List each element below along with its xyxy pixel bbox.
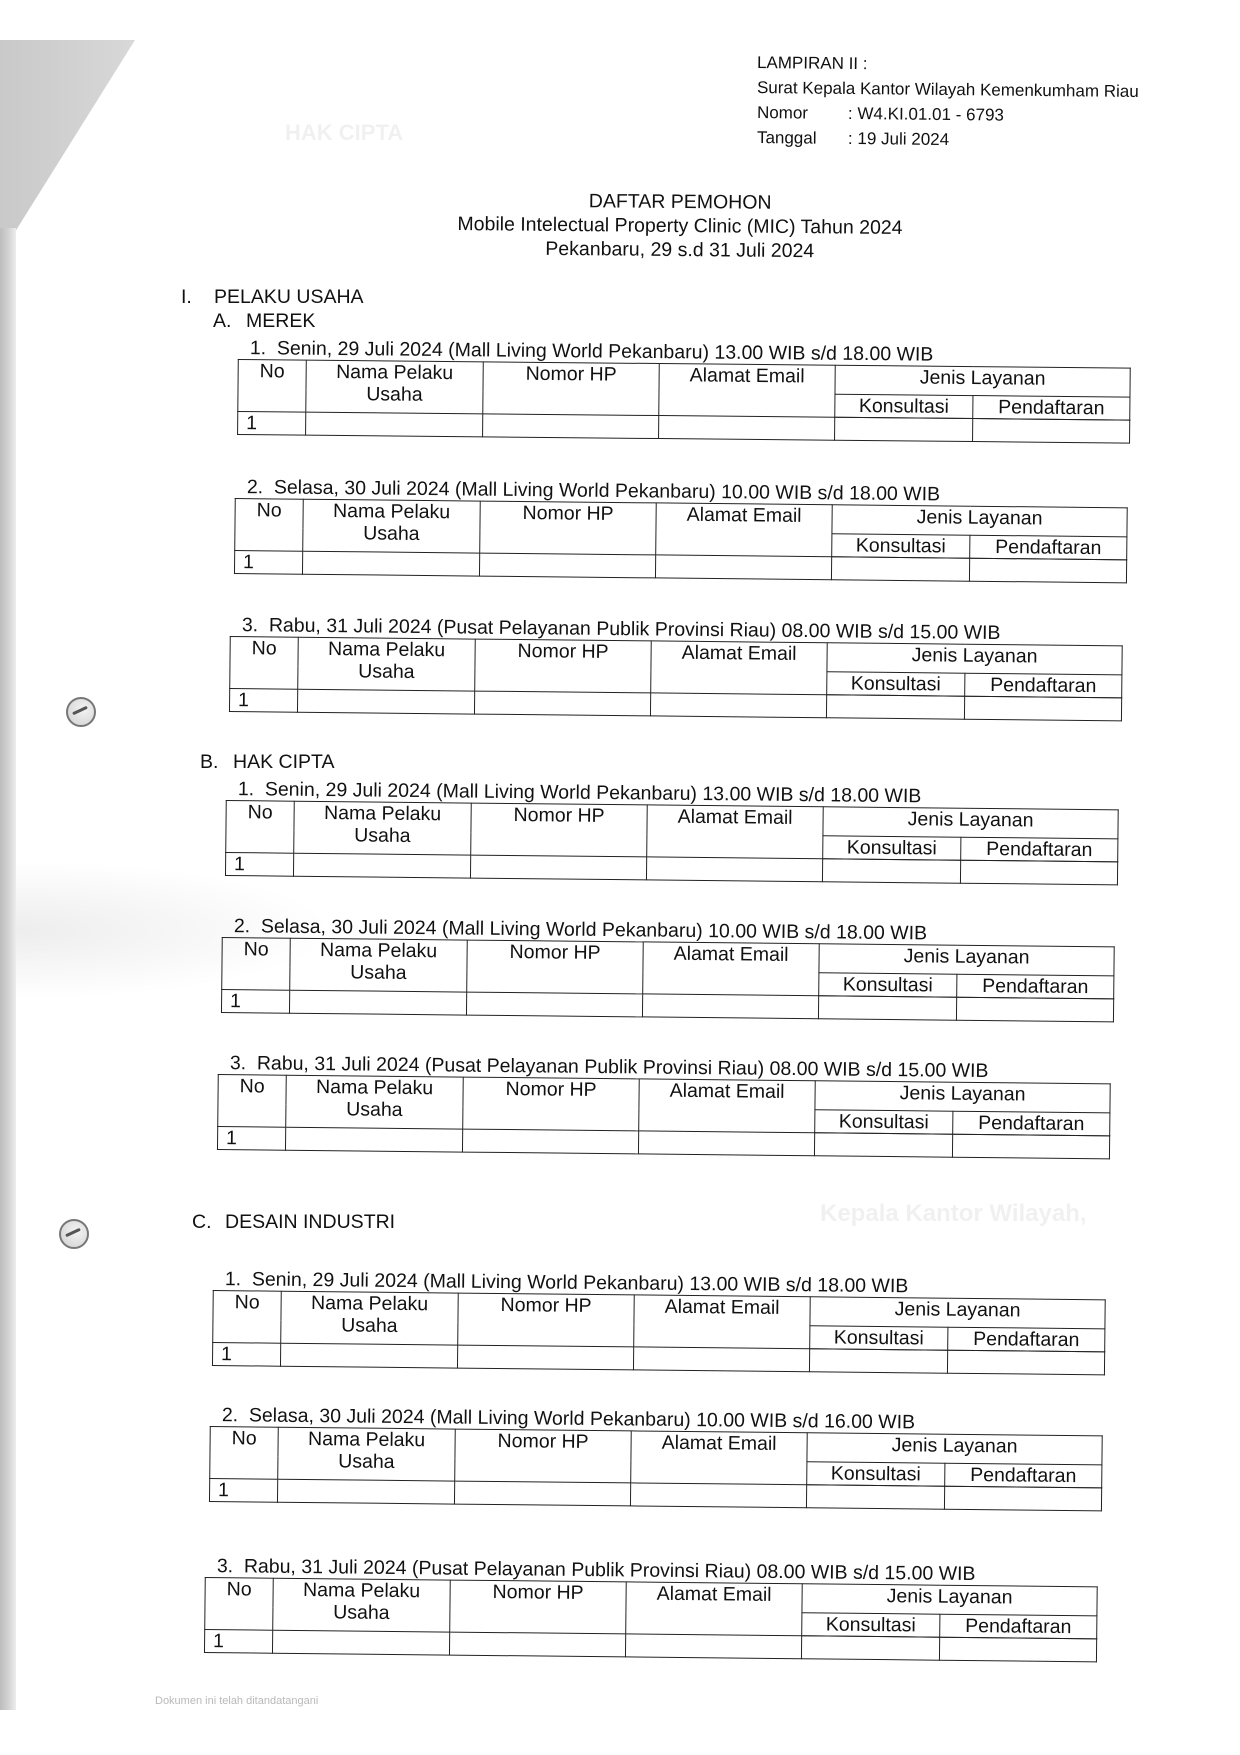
cell-no: 1 (204, 1630, 272, 1654)
number-value: : W4.KI.01.01 - 6793 (848, 101, 1004, 128)
col-nama: Nama PelakuUsaha (303, 499, 481, 553)
session-block: 2.Selasa, 30 Juli 2024 (Mall Living Worl… (209, 1404, 970, 1510)
col-hp: Nomor HP (467, 940, 644, 994)
session-block: 2.Selasa, 30 Juli 2024 (Mall Living Worl… (221, 915, 982, 1021)
cell-pendaftaran[interactable] (960, 860, 1117, 885)
document-page: HAK CIPTA Kepala Kantor Wilayah, LAMPIRA… (0, 0, 1240, 1755)
col-konsultasi: Konsultasi (807, 1462, 945, 1486)
applicant-table: No Nama PelakuUsaha Nomor HP Alamat Emai… (234, 498, 1128, 583)
col-no: No (222, 938, 291, 991)
col-konsultasi: Konsultasi (832, 534, 970, 558)
cell-pendaftaran[interactable] (969, 558, 1126, 583)
col-jenis-layanan: Jenis Layanan (832, 505, 1127, 537)
col-email: Alamat Email (626, 1582, 803, 1636)
cell-nama[interactable] (297, 689, 474, 714)
col-pendaftaran: Pendaftaran (973, 396, 1130, 421)
cell-no: 1 (234, 551, 302, 575)
session-block: 2.Selasa, 30 Juli 2024 (Mall Living Worl… (234, 476, 995, 582)
cell-no: 1 (217, 1127, 285, 1151)
title-line-3: Pekanbaru, 29 s.d 31 Juli 2024 (420, 236, 940, 265)
session-number: 3. (242, 614, 269, 636)
cell-nama[interactable] (289, 990, 466, 1015)
session-number: 2. (222, 1404, 249, 1426)
section-label: PELAKU USAHA (214, 286, 364, 308)
cell-pendaftaran[interactable] (939, 1637, 1096, 1662)
subsection-heading: C.DESAIN INDUSTRI (192, 1211, 395, 1234)
col-pendaftaran: Pendaftaran (965, 673, 1122, 698)
cell-nama[interactable] (293, 853, 470, 878)
cell-email[interactable] (625, 1634, 801, 1659)
section-number: I. (181, 286, 214, 309)
subsection-heading: B.HAK CIPTA (200, 751, 335, 774)
cell-pendaftaran[interactable] (952, 1134, 1109, 1159)
col-no: No (230, 637, 299, 690)
cell-email[interactable] (630, 1483, 806, 1508)
applicant-table: No Nama PelakuUsaha Nomor HP Alamat Emai… (221, 937, 1115, 1022)
cell-nama[interactable] (306, 412, 483, 437)
col-nama: Nama PelakuUsaha (294, 801, 472, 855)
col-nama: Nama PelakuUsaha (273, 1578, 451, 1632)
col-nama: Nama PelakuUsaha (298, 637, 476, 691)
cell-konsultasi[interactable] (822, 859, 960, 883)
cell-hp[interactable] (449, 1632, 625, 1657)
col-jenis-layanan: Jenis Layanan (823, 807, 1118, 839)
col-konsultasi: Konsultasi (823, 836, 961, 860)
col-email: Alamat Email (643, 942, 820, 996)
subsection-heading: A.MEREK (213, 310, 315, 333)
cell-no: 1 (209, 1479, 277, 1503)
section-heading: I.PELAKU USAHA (181, 286, 364, 309)
col-no: No (218, 1075, 287, 1128)
col-pendaftaran: Pendaftaran (957, 974, 1114, 999)
col-hp: Nomor HP (483, 362, 659, 416)
applicant-table: No Nama PelakuUsaha Nomor HP Alamat Emai… (217, 1074, 1111, 1159)
col-nama: Nama PelakuUsaha (290, 938, 468, 992)
col-konsultasi: Konsultasi (815, 1110, 953, 1134)
session-number: 3. (230, 1052, 257, 1074)
col-nama: Nama PelakuUsaha (278, 1427, 456, 1481)
cell-konsultasi[interactable] (826, 695, 964, 719)
cell-hp[interactable] (457, 1345, 633, 1370)
cell-email[interactable] (646, 857, 822, 882)
number-label: Nomor (757, 100, 848, 126)
cell-email[interactable] (633, 1347, 809, 1372)
col-nama: Nama PelakuUsaha (306, 360, 483, 414)
cell-no: 1 (238, 412, 306, 436)
col-email: Alamat Email (639, 1079, 816, 1133)
applicant-table: No Nama PelakuUsaha Nomor HP Alamat Emai… (212, 1290, 1106, 1375)
col-hp: Nomor HP (480, 501, 657, 555)
col-konsultasi: Konsultasi (835, 394, 973, 418)
col-pendaftaran: Pendaftaran (961, 837, 1118, 862)
cell-konsultasi[interactable] (818, 996, 956, 1020)
session-block: 1.Senin, 29 Juli 2024 (Mall Living World… (212, 1268, 973, 1374)
session-block: 1.Senin, 29 Juli 2024 (Mall Living World… (225, 778, 986, 884)
col-email: Alamat Email (659, 364, 835, 418)
cell-email[interactable] (642, 994, 818, 1019)
col-email: Alamat Email (634, 1295, 811, 1349)
col-jenis-layanan: Jenis Layanan (802, 1584, 1097, 1616)
date-label: Tanggal (757, 125, 848, 151)
document-title: DAFTAR PEMOHON Mobile Intelectual Proper… (420, 188, 941, 265)
col-jenis-layanan: Jenis Layanan (819, 944, 1114, 976)
cell-email[interactable] (655, 555, 831, 580)
cell-email[interactable] (659, 416, 835, 441)
col-email: Alamat Email (647, 805, 824, 859)
col-no: No (238, 360, 306, 413)
col-konsultasi: Konsultasi (819, 973, 957, 997)
col-hp: Nomor HP (455, 1429, 632, 1483)
col-hp: Nomor HP (458, 1293, 635, 1347)
cell-hp[interactable] (466, 992, 642, 1017)
col-email: Alamat Email (656, 503, 833, 557)
cell-no: 1 (212, 1343, 280, 1367)
bleed-through-text: Kepala Kantor Wilayah, (820, 1200, 1087, 1228)
col-hp: Nomor HP (463, 1077, 640, 1131)
col-hp: Nomor HP (450, 1580, 627, 1634)
col-no: No (235, 499, 304, 552)
col-no: No (210, 1427, 279, 1480)
session-number: 2. (234, 915, 261, 937)
cell-hp[interactable] (470, 855, 646, 880)
col-email: Alamat Email (631, 1431, 808, 1485)
col-hp: Nomor HP (475, 639, 652, 693)
subsection-label: HAK CIPTA (233, 751, 335, 773)
col-konsultasi: Konsultasi (827, 672, 965, 696)
cell-konsultasi[interactable] (806, 1485, 944, 1509)
cell-no: 1 (229, 689, 297, 713)
cell-hp[interactable] (454, 1481, 630, 1506)
col-jenis-layanan: Jenis Layanan (815, 1081, 1110, 1113)
cell-konsultasi[interactable] (814, 1133, 952, 1157)
col-pendaftaran: Pendaftaran (948, 1327, 1105, 1352)
col-hp: Nomor HP (471, 803, 648, 857)
session-number: 1. (250, 337, 277, 359)
session-number: 1. (238, 778, 265, 800)
subsection-label: MEREK (246, 310, 315, 332)
cell-konsultasi[interactable] (801, 1636, 939, 1660)
col-nama: Nama PelakuUsaha (286, 1075, 464, 1129)
col-jenis-layanan: Jenis Layanan (835, 365, 1130, 397)
applicant-table: No Nama PelakuUsaha Nomor HP Alamat Emai… (204, 1577, 1098, 1662)
bleed-through-text: HAK CIPTA (285, 120, 403, 146)
applicant-table: No Nama PelakuUsaha Nomor HP Alamat Emai… (237, 359, 1131, 444)
session-block: 3.Rabu, 31 Juli 2024 (Pusat Pelayanan Pu… (204, 1555, 965, 1661)
col-pendaftaran: Pendaftaran (953, 1111, 1110, 1136)
footer-note: Dokumen ini telah ditandatangani (155, 1695, 318, 1707)
cell-pendaftaran[interactable] (944, 1486, 1101, 1511)
cell-pendaftaran[interactable] (964, 696, 1121, 721)
col-nama: Nama PelakuUsaha (281, 1291, 459, 1345)
col-pendaftaran: Pendaftaran (945, 1463, 1102, 1488)
applicant-table: No Nama PelakuUsaha Nomor HP Alamat Emai… (225, 800, 1119, 885)
cell-hp[interactable] (474, 691, 650, 716)
cell-konsultasi[interactable] (809, 1349, 947, 1373)
subsection-label: DESAIN INDUSTRI (225, 1211, 395, 1233)
attachment-header: LAMPIRAN II : Surat Kepala Kantor Wilaya… (757, 50, 1139, 150)
applicant-table: No Nama PelakuUsaha Nomor HP Alamat Emai… (209, 1426, 1103, 1511)
col-jenis-layanan: Jenis Layanan (810, 1297, 1105, 1329)
cell-nama[interactable] (302, 551, 479, 576)
cell-pendaftaran[interactable] (956, 997, 1113, 1022)
col-pendaftaran: Pendaftaran (940, 1614, 1097, 1639)
cell-nama[interactable] (277, 1479, 454, 1504)
cell-hp[interactable] (479, 553, 655, 578)
col-no: No (213, 1291, 282, 1344)
subsection-number: A. (213, 310, 246, 333)
cell-hp[interactable] (483, 414, 659, 439)
col-no: No (226, 801, 295, 854)
cell-hp[interactable] (462, 1129, 638, 1154)
cell-nama[interactable] (280, 1343, 457, 1368)
attachment-date: Tanggal : 19 Juli 2024 (757, 125, 1139, 154)
col-no: No (205, 1578, 274, 1631)
cell-pendaftaran[interactable] (973, 419, 1130, 444)
subsection-number: B. (200, 751, 233, 774)
session-block: 1.Senin, 29 Juli 2024 (Mall Living World… (237, 337, 998, 442)
cell-pendaftaran[interactable] (947, 1350, 1104, 1375)
date-value: : 19 Juli 2024 (848, 126, 949, 152)
col-jenis-layanan: Jenis Layanan (827, 643, 1122, 675)
cell-nama[interactable] (272, 1630, 449, 1655)
cell-email[interactable] (650, 693, 826, 718)
cell-no: 1 (225, 853, 293, 877)
cell-konsultasi[interactable] (835, 417, 973, 441)
col-jenis-layanan: Jenis Layanan (807, 1433, 1102, 1465)
col-konsultasi: Konsultasi (810, 1326, 948, 1350)
cell-konsultasi[interactable] (831, 557, 969, 581)
session-number: 3. (217, 1555, 244, 1577)
cell-nama[interactable] (285, 1127, 462, 1152)
session-number: 2. (247, 476, 274, 498)
col-konsultasi: Konsultasi (802, 1613, 940, 1637)
col-email: Alamat Email (651, 641, 828, 695)
session-block: 3.Rabu, 31 Juli 2024 (Pusat Pelayanan Pu… (229, 614, 990, 720)
session-block: 3.Rabu, 31 Juli 2024 (Pusat Pelayanan Pu… (217, 1052, 978, 1158)
title-line-2: Mobile Intelectual Property Clinic (MIC)… (420, 212, 940, 241)
subsection-number: C. (192, 1211, 225, 1234)
cell-email[interactable] (638, 1131, 814, 1156)
applicant-table: No Nama PelakuUsaha Nomor HP Alamat Emai… (229, 636, 1123, 721)
col-pendaftaran: Pendaftaran (970, 535, 1127, 560)
session-number: 1. (225, 1268, 252, 1290)
cell-no: 1 (221, 990, 289, 1014)
